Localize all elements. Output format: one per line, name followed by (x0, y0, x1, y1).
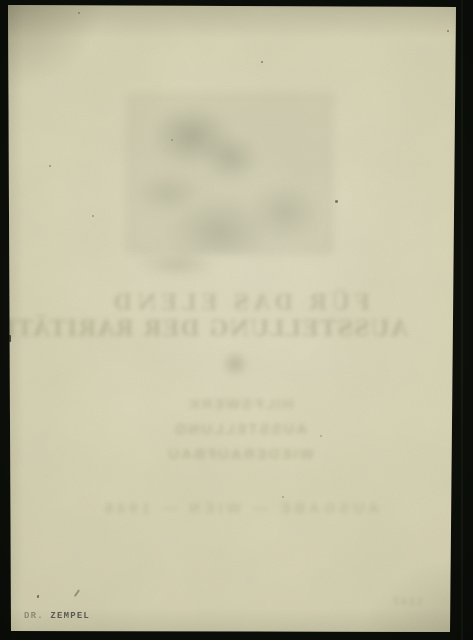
ghost-small-line-3: WIEDERAUFBAU (140, 446, 340, 463)
stamp-sheet-paper: FÜR DAS ELEND AUSSTELLUNG DER RARITÄTEN … (0, 0, 473, 640)
paper-speck (92, 215, 94, 217)
paper-speck (320, 435, 322, 437)
ghost-heading-line-1: FÜR DAS ELEND (104, 290, 376, 316)
photo-background: FÜR DAS ELEND AUSSTELLUNG DER RARITÄTEN … (0, 0, 473, 640)
expert-handstamp: DR. ZEMPEL (24, 611, 90, 621)
stamp-showthrough-ghost (126, 92, 334, 255)
paper-speck (282, 496, 284, 498)
ghost-bottom-line: AUSGABE — WIEN — 1946 (90, 500, 390, 517)
paper-speck (261, 61, 263, 63)
emblem-showthrough-ghost (221, 351, 249, 377)
ghost-corner-mark: 1147 (372, 596, 442, 608)
stamp-showthrough-smudge (128, 248, 238, 288)
expert-handstamp-prefix: DR. (24, 611, 44, 621)
paper-speck (78, 12, 80, 14)
ghost-small-line-1: HILFSWERK (140, 396, 340, 413)
ghost-small-line-2: AUSSTELLUNG (140, 421, 340, 438)
paper-speck (447, 30, 449, 32)
scanner-streak (461, 0, 463, 640)
paper-speck (335, 200, 338, 203)
paper-speck (171, 139, 173, 141)
paper-speck (49, 165, 51, 167)
ghost-heading-line-2: AUSSTELLUNG DER RARITÄTEN (72, 316, 408, 342)
paper-edge-nick (8, 335, 11, 342)
expert-handstamp-name: ZEMPEL (50, 611, 90, 621)
